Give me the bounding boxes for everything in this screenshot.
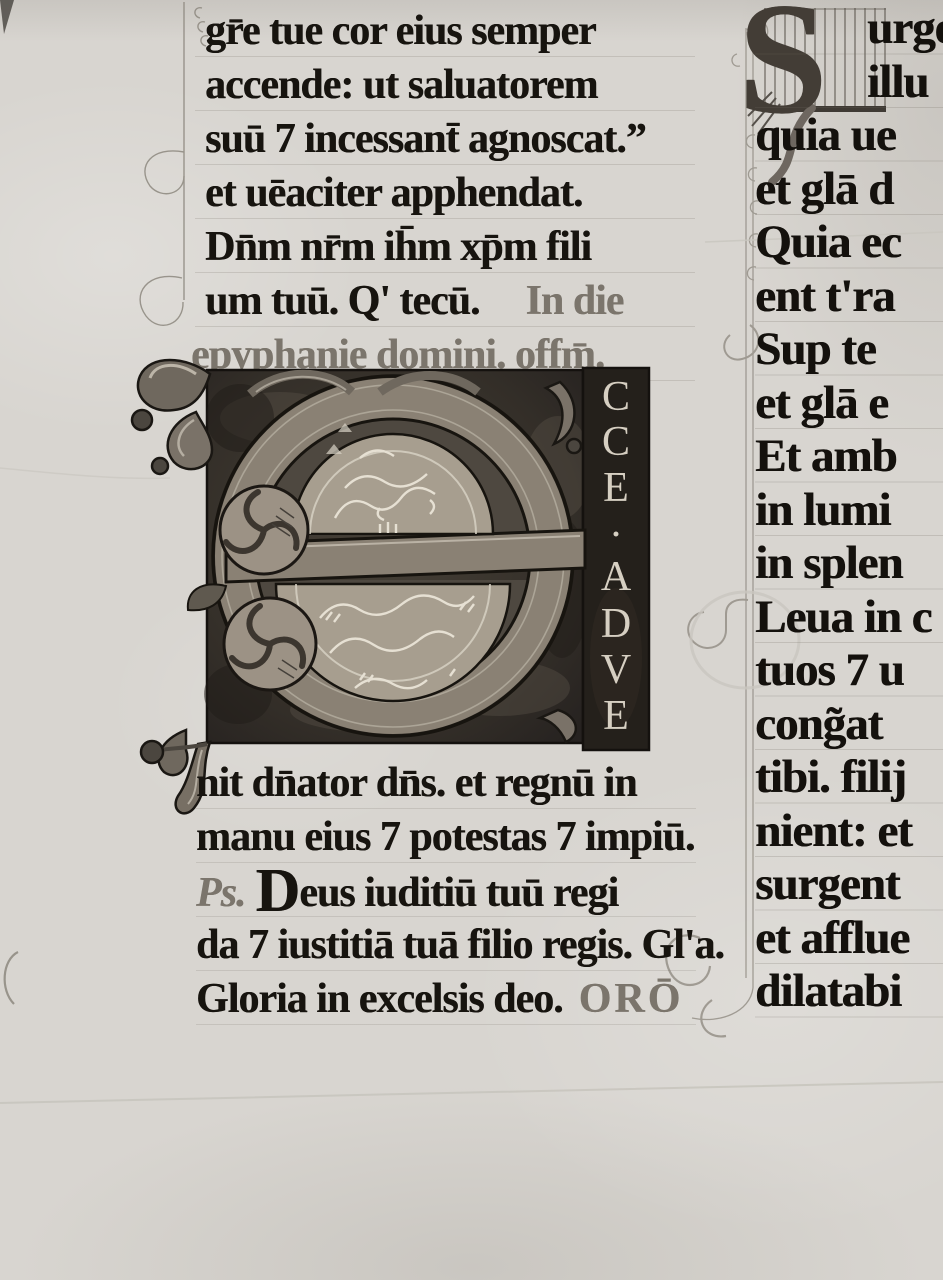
text-line: Gloria in excelsis deo.ORŌ — [196, 972, 696, 1026]
line-text: et afflue — [755, 912, 909, 964]
manuscript-page: gr̄e tue cor eius semper accende: ut sal… — [0, 0, 943, 1280]
line-text: Gloria in excelsis deo. — [196, 976, 563, 1022]
band-letter: V — [601, 647, 631, 693]
text-line: gr̄e tue cor eius semper — [205, 4, 695, 58]
line-text: tibi. filij — [755, 751, 906, 803]
line-text: gr̄e tue cor eius semper — [205, 8, 596, 54]
band-letter: A — [601, 554, 632, 600]
text-line: tuos 7 u — [755, 644, 943, 698]
psalm-mark: Ps. — [196, 870, 246, 916]
band-letter: D — [601, 601, 631, 647]
line-text: Et amb — [755, 430, 897, 482]
illuminated-initial-e: C C E · A D V E — [130, 358, 660, 820]
line-text: um tuū. Q' tecū. — [205, 278, 480, 324]
text-line: in lumi — [755, 484, 943, 538]
line-text: nient: et — [755, 805, 912, 857]
text-line: quia ue — [755, 109, 943, 163]
text-line: um tuū. Q' tecū.In die — [205, 274, 695, 328]
text-line: et glā d — [755, 163, 943, 217]
line-text: illu — [867, 56, 928, 108]
text-line: accende: ut saluatorem — [205, 58, 695, 112]
text-line: in splen — [755, 537, 943, 591]
text-line: et afflue — [755, 912, 943, 966]
text-line: Et amb — [755, 430, 943, 484]
line-text: et glā e — [755, 377, 888, 429]
line-text: tuos 7 u — [755, 644, 904, 696]
illuminated-initial-panel: C C E · A D V E — [130, 358, 660, 820]
line-text: Dn̄m nr̄m ih̄m xp̄m fili — [205, 224, 591, 270]
text-line: et uēaciter apphendat. — [205, 166, 695, 220]
text-line: surgent — [755, 858, 943, 912]
text-line: Ps.Deus iuditiū tuū regi — [196, 864, 696, 918]
text-line: da 7 iustitiā tuā filio regis. Gl'a. — [196, 918, 696, 972]
rubric-text: In die — [526, 278, 624, 324]
text-line: illu — [867, 56, 943, 110]
line-text: da 7 iustitiā tuā filio regis. Gl'a. — [196, 922, 724, 968]
line-text: eus iuditiū tuū regi — [299, 870, 618, 916]
band-letter: E — [603, 693, 629, 739]
text-line: Dn̄m nr̄m ih̄m xp̄m fili — [205, 220, 695, 274]
text-line: tibi. filij — [755, 751, 943, 805]
band-letter: · — [609, 512, 623, 558]
text-line: Sup te — [755, 323, 943, 377]
line-text: Quia ec — [755, 216, 901, 268]
line-text: cong̃at — [755, 698, 882, 750]
line-text: manu eius 7 potestas 7 impiū. — [196, 814, 694, 860]
band-letter: E — [603, 465, 629, 511]
line-text: accende: ut saluatorem — [205, 62, 597, 108]
versal-letter-d: D — [256, 857, 300, 925]
line-text: Leua in c — [755, 591, 931, 643]
text-line: manu eius 7 potestas 7 impiū. — [196, 810, 696, 864]
photo-corner-mark — [0, 0, 14, 34]
line-text: ent t'ra — [755, 270, 894, 322]
line-text: in lumi — [755, 484, 890, 536]
text-line: nit dn̄ator dn̄s. et regnū in — [196, 756, 696, 810]
line-text: Sup te — [755, 323, 876, 375]
line-text: et glā d — [755, 163, 893, 215]
line-text: in splen — [755, 537, 902, 589]
text-line: Leua in c — [755, 591, 943, 645]
text-line: Quia ec — [755, 216, 943, 270]
line-text: dilatabi — [755, 965, 901, 1017]
right-column-text: urge illu quia ue et glā d Quia ec ent t… — [755, 2, 943, 1019]
left-column-text-below-initial: nit dn̄ator dn̄s. et regnū in manu eius … — [196, 756, 696, 1026]
text-line: ent t'ra — [755, 270, 943, 324]
line-text: urge — [867, 2, 943, 54]
band-letter: C — [602, 374, 630, 420]
text-line: et glā e — [755, 377, 943, 431]
text-line: nient: et — [755, 805, 943, 859]
line-text: quia ue — [755, 109, 896, 161]
band-letter: C — [602, 419, 630, 465]
line-text: surgent — [755, 858, 899, 910]
line-text: suū 7 incessant̄ agnoscat.” — [205, 116, 646, 162]
left-column-text: gr̄e tue cor eius semper accende: ut sal… — [195, 4, 695, 382]
rubric-text: ORŌ — [579, 976, 684, 1022]
text-line: dilatabi — [755, 965, 943, 1019]
text-line: urge — [867, 2, 943, 56]
line-text: et uēaciter apphendat. — [205, 170, 582, 216]
band-letters: C C E · A D V E — [601, 374, 632, 739]
line-text: nit dn̄ator dn̄s. et regnū in — [196, 760, 637, 806]
text-line: cong̃at — [755, 698, 943, 752]
text-line: suū 7 incessant̄ agnoscat.” — [205, 112, 695, 166]
